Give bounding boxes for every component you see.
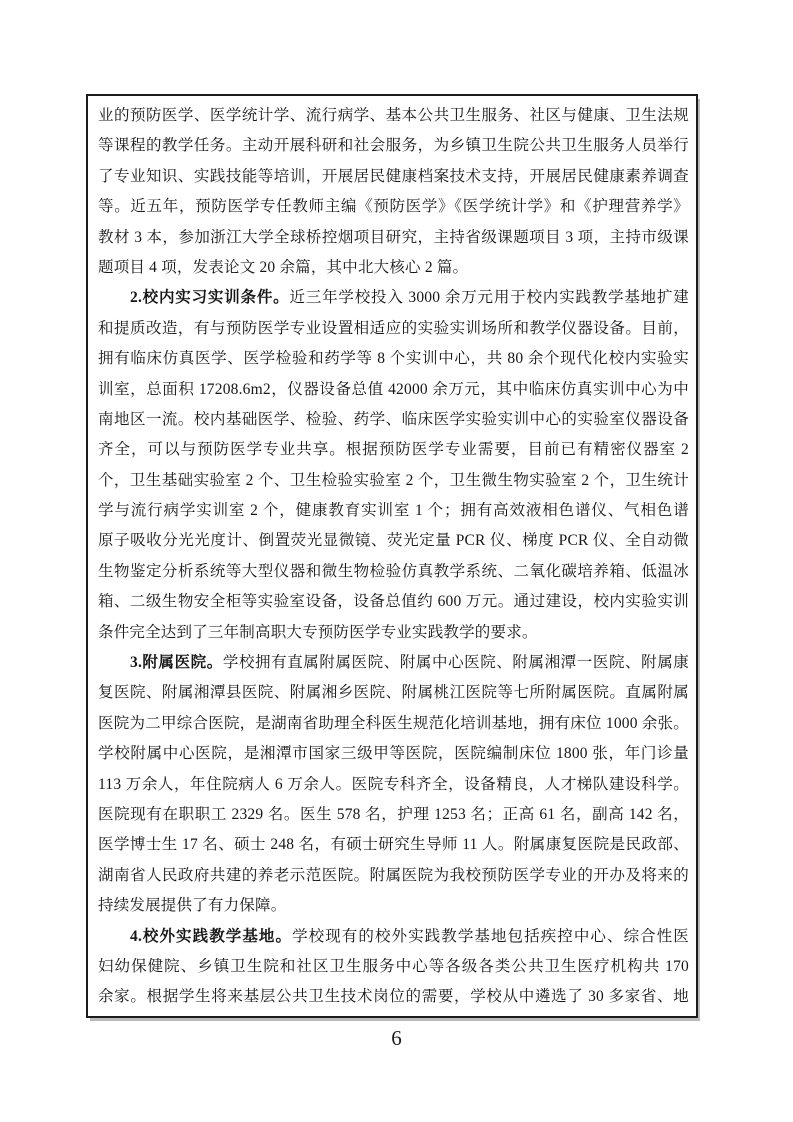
- line-text: 近三年学校投入 3000 余万元用于校内实践教学基地扩建: [289, 289, 689, 306]
- line-text: 箱、二级生物安全柜等实验室设备，设备总值约 600 万元。通过建设，校内实验实训: [98, 593, 689, 610]
- line-text: 原子吸收分光光度计、倒置荧光显微镜、荧光定量 PCR 仪、梯度 PCR 仪、全自…: [98, 532, 689, 549]
- document-body-text: 业的预防医学、医学统计学、流行病学、基本公共卫生服务、社区与健康、卫生法规等课程…: [98, 101, 689, 1013]
- text-line: 等课程的教学任务。主动开展科研和社会服务，为乡镇卫生院公共卫生服务人员举行: [98, 131, 689, 161]
- text-line: 湖南省人民政府共建的养老示范医院。附属医院为我校预防医学专业的开办及将来的: [98, 861, 689, 891]
- line-text: 个，卫生基础实验室 2 个、卫生检验实验室 2 个，卫生微生物实验室 2 个，卫…: [98, 472, 689, 489]
- line-text: 和提质改造，有与预防医学专业设置相适应的实验实训场所和教学仪器设备。目前，: [98, 320, 689, 337]
- text-line: 持续发展提供了有力保障。: [98, 891, 689, 921]
- line-text: 条件完全达到了三年制高职大专预防医学专业实践教学的要求。: [98, 624, 538, 641]
- text-line: 箱、二级生物安全柜等实验室设备，设备总值约 600 万元。通过建设，校内实验实训: [98, 587, 689, 617]
- text-line: 和提质改造，有与预防医学专业设置相适应的实验实训场所和教学仪器设备。目前，: [98, 314, 689, 344]
- document-table-cell-border: 业的预防医学、医学统计学、流行病学、基本公共卫生服务、社区与健康、卫生法规等课程…: [86, 94, 698, 1018]
- line-text: 训室，总面积 17208.6m2，仪器设备总值 42000 余万元，其中临床仿真…: [98, 381, 689, 398]
- text-line: 齐全，可以与预防医学专业共享。根据预防医学专业需要，目前已有精密仪器室 2: [98, 435, 689, 465]
- text-line: 南地区一流。校内基础医学、检验、药学、临床医学实验实训中心的实验室仪器设备: [98, 405, 689, 435]
- line-text: 学校附属中心医院，是湘潭市国家三级甲等医院，医院编制床位 1800 张，年门诊量: [98, 745, 689, 762]
- text-line: 113 万余人，年住院病人 6 万余人。医院专科齐全，设备精良，人才梯队建设科学…: [98, 770, 689, 800]
- line-text: 生物鉴定分析系统等大型仪器和微生物检验仿真教学系统、二氧化碳培养箱、低温冰: [98, 563, 689, 580]
- line-text: 持续发展提供了有力保障。: [98, 897, 286, 914]
- page-number: 6: [0, 1026, 793, 1051]
- text-line: 2.校内实习实训条件。近三年学校投入 3000 余万元用于校内实践教学基地扩建: [98, 283, 689, 313]
- line-text: 学校拥有直属附属医院、附属中心医院、附属湘潭一医院、附属康: [223, 654, 689, 671]
- text-line: 4.校外实践教学基地。学校现有的校外实践教学基地包括疾控中心、综合性医院、: [98, 922, 689, 952]
- line-text: 湖南省人民政府共建的养老示范医院。附属医院为我校预防医学专业的开办及将来的: [98, 867, 689, 884]
- line-text: 拥有临床仿真医学、医学检验和药学等 8 个实训中心，共 80 余个现代化校内实验…: [98, 350, 689, 367]
- text-line: 训室，总面积 17208.6m2，仪器设备总值 42000 余万元，其中临床仿真…: [98, 375, 689, 405]
- text-line: 等。近五年，预防医学专任教师主编《预防医学》《医学统计学》和《护理营养学》: [98, 192, 689, 222]
- line-text: 妇幼保健院、乡镇卫生院和社区卫生服务中心等各级各类公共卫生医疗机构共 170: [98, 958, 689, 975]
- line-text: 复医院、附属湘潭县医院、附属湘乡医院、附属桃江医院等七所附属医院。直属附属: [98, 684, 689, 701]
- text-line: 了专业知识、实践技能等培训，开展居民健康档案技术支持，开展居民健康素养调查: [98, 162, 689, 192]
- text-line: 题项目 4 项，发表论文 20 余篇，其中北大核心 2 篇。: [98, 253, 689, 283]
- paragraph-heading: 3.附属医院。: [130, 654, 223, 671]
- line-text: 医院现有在职职工 2329 名。医生 578 名，护理 1253 名；正高 61…: [98, 806, 689, 823]
- line-text: 学与流行病学实训室 2 个，健康教育实训室 1 个；拥有高效液相色谱仪、气相色谱…: [98, 502, 689, 526]
- line-text: 余家。根据学生将来基层公共卫生技术岗位的需要，学校从中遴选了 30 多家省、地: [98, 988, 689, 1005]
- text-line: 条件完全达到了三年制高职大专预防医学专业实践教学的要求。: [98, 618, 689, 648]
- line-text: 题项目 4 项，发表论文 20 余篇，其中北大核心 2 篇。: [98, 259, 468, 276]
- text-line: 生物鉴定分析系统等大型仪器和微生物检验仿真教学系统、二氧化碳培养箱、低温冰: [98, 557, 689, 587]
- text-line: 3.附属医院。学校拥有直属附属医院、附属中心医院、附属湘潭一医院、附属康: [98, 648, 689, 678]
- line-text: 医学博士生 17 名、硕士 248 名，有硕士研究生导师 11 人。附属康复医院…: [98, 836, 689, 853]
- paragraph-heading: 2.校内实习实训条件。: [130, 289, 289, 306]
- line-text: 业的预防医学、医学统计学、流行病学、基本公共卫生服务、社区与健康、卫生法规: [98, 107, 689, 124]
- line-text: 教材 3 本，参加浙江大学全球桥控烟项目研究，主持省级课题项目 3 项，主持市级…: [98, 229, 689, 246]
- line-text: 等。近五年，预防医学专任教师主编《预防医学》《医学统计学》和《护理营养学》: [98, 198, 689, 215]
- text-line: 业的预防医学、医学统计学、流行病学、基本公共卫生服务、社区与健康、卫生法规: [98, 101, 689, 131]
- line-text: 了专业知识、实践技能等培训，开展居民健康档案技术支持，开展居民健康素养调查: [98, 168, 689, 185]
- text-line: 复医院、附属湘潭县医院、附属湘乡医院、附属桃江医院等七所附属医院。直属附属: [98, 678, 689, 708]
- line-text: 齐全，可以与预防医学专业共享。根据预防医学专业需要，目前已有精密仪器室 2: [98, 441, 689, 458]
- line-text: 南地区一流。校内基础医学、检验、药学、临床医学实验实训中心的实验室仪器设备: [98, 411, 689, 428]
- text-line: 妇幼保健院、乡镇卫生院和社区卫生服务中心等各级各类公共卫生医疗机构共 170: [98, 952, 689, 982]
- text-line: 医院现有在职职工 2329 名。医生 578 名，护理 1253 名；正高 61…: [98, 800, 689, 830]
- line-text: 113 万余人，年住院病人 6 万余人。医院专科齐全，设备精良，人才梯队建设科学…: [98, 776, 689, 793]
- text-line: 原子吸收分光光度计、倒置荧光显微镜、荧光定量 PCR 仪、梯度 PCR 仪、全自…: [98, 526, 689, 556]
- text-line: 医学博士生 17 名、硕士 248 名，有硕士研究生导师 11 人。附属康复医院…: [98, 830, 689, 860]
- paragraph-heading: 4.校外实践教学基地。: [130, 928, 292, 945]
- text-line: 学校附属中心医院，是湘潭市国家三级甲等医院，医院编制床位 1800 张，年门诊量: [98, 739, 689, 769]
- text-line: 学与流行病学实训室 2 个，健康教育实训室 1 个；拥有高效液相色谱仪、气相色谱…: [98, 496, 689, 526]
- text-line: 拥有临床仿真医学、医学检验和药学等 8 个实训中心，共 80 余个现代化校内实验…: [98, 344, 689, 374]
- text-line: 教材 3 本，参加浙江大学全球桥控烟项目研究，主持省级课题项目 3 项，主持市级…: [98, 223, 689, 253]
- line-text: 医院为二甲综合医院，是湖南省助理全科医生规范化培训基地，拥有床位 1000 余张…: [98, 715, 689, 732]
- scanned-document-page: { "page": { "number": "6", "background_c…: [0, 0, 793, 1122]
- text-line: 医院为二甲综合医院，是湖南省助理全科医生规范化培训基地，拥有床位 1000 余张…: [98, 709, 689, 739]
- text-line: 余家。根据学生将来基层公共卫生技术岗位的需要，学校从中遴选了 30 多家省、地: [98, 982, 689, 1012]
- text-line: 个，卫生基础实验室 2 个、卫生检验实验室 2 个，卫生微生物实验室 2 个，卫…: [98, 466, 689, 496]
- line-text: 等课程的教学任务。主动开展科研和社会服务，为乡镇卫生院公共卫生服务人员举行: [98, 137, 689, 154]
